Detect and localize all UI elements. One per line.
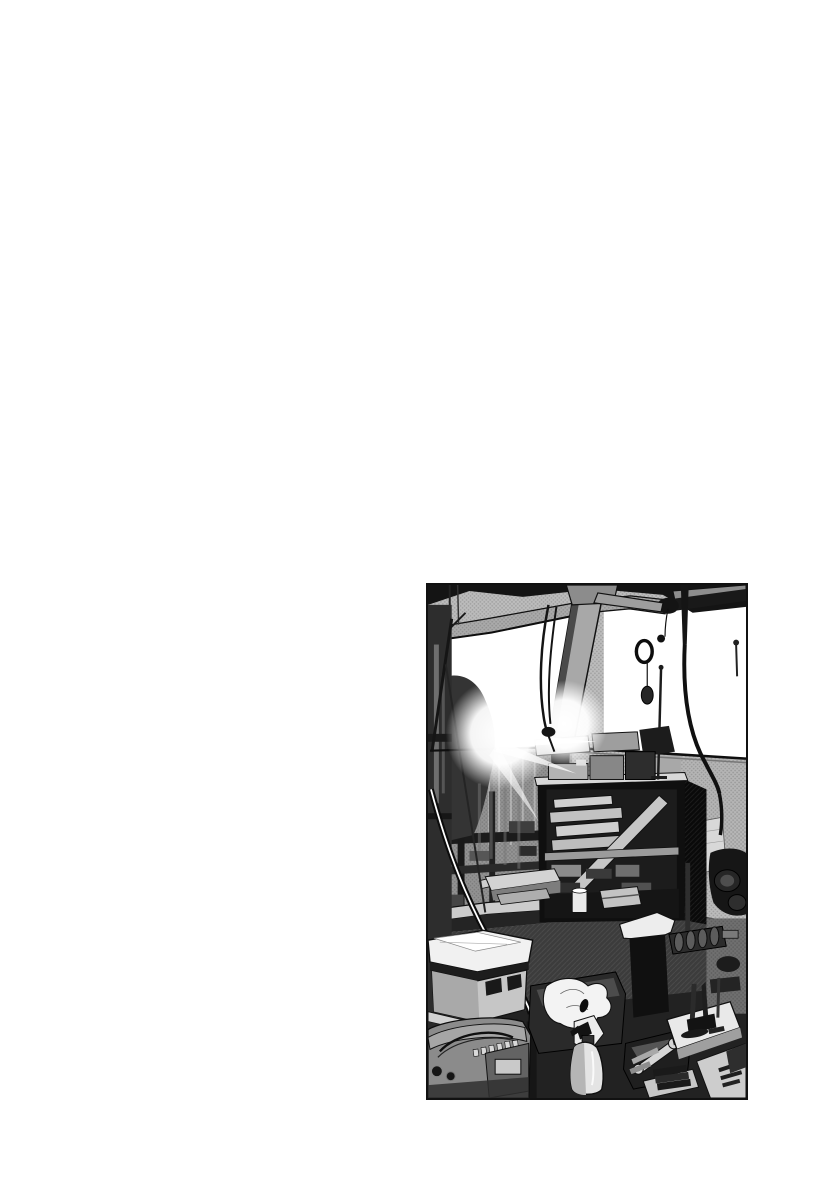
workshop-scene bbox=[428, 585, 746, 1098]
radio-knob bbox=[431, 1066, 442, 1077]
cassette-door bbox=[495, 1059, 521, 1074]
rag-crate bbox=[529, 972, 626, 1053]
manga-panel bbox=[426, 583, 748, 1100]
white-cup bbox=[572, 891, 587, 913]
plumb-weight-icon bbox=[641, 686, 653, 704]
manga-page bbox=[0, 0, 840, 1200]
radio bbox=[428, 1018, 537, 1098]
radio-knob bbox=[446, 1072, 455, 1081]
